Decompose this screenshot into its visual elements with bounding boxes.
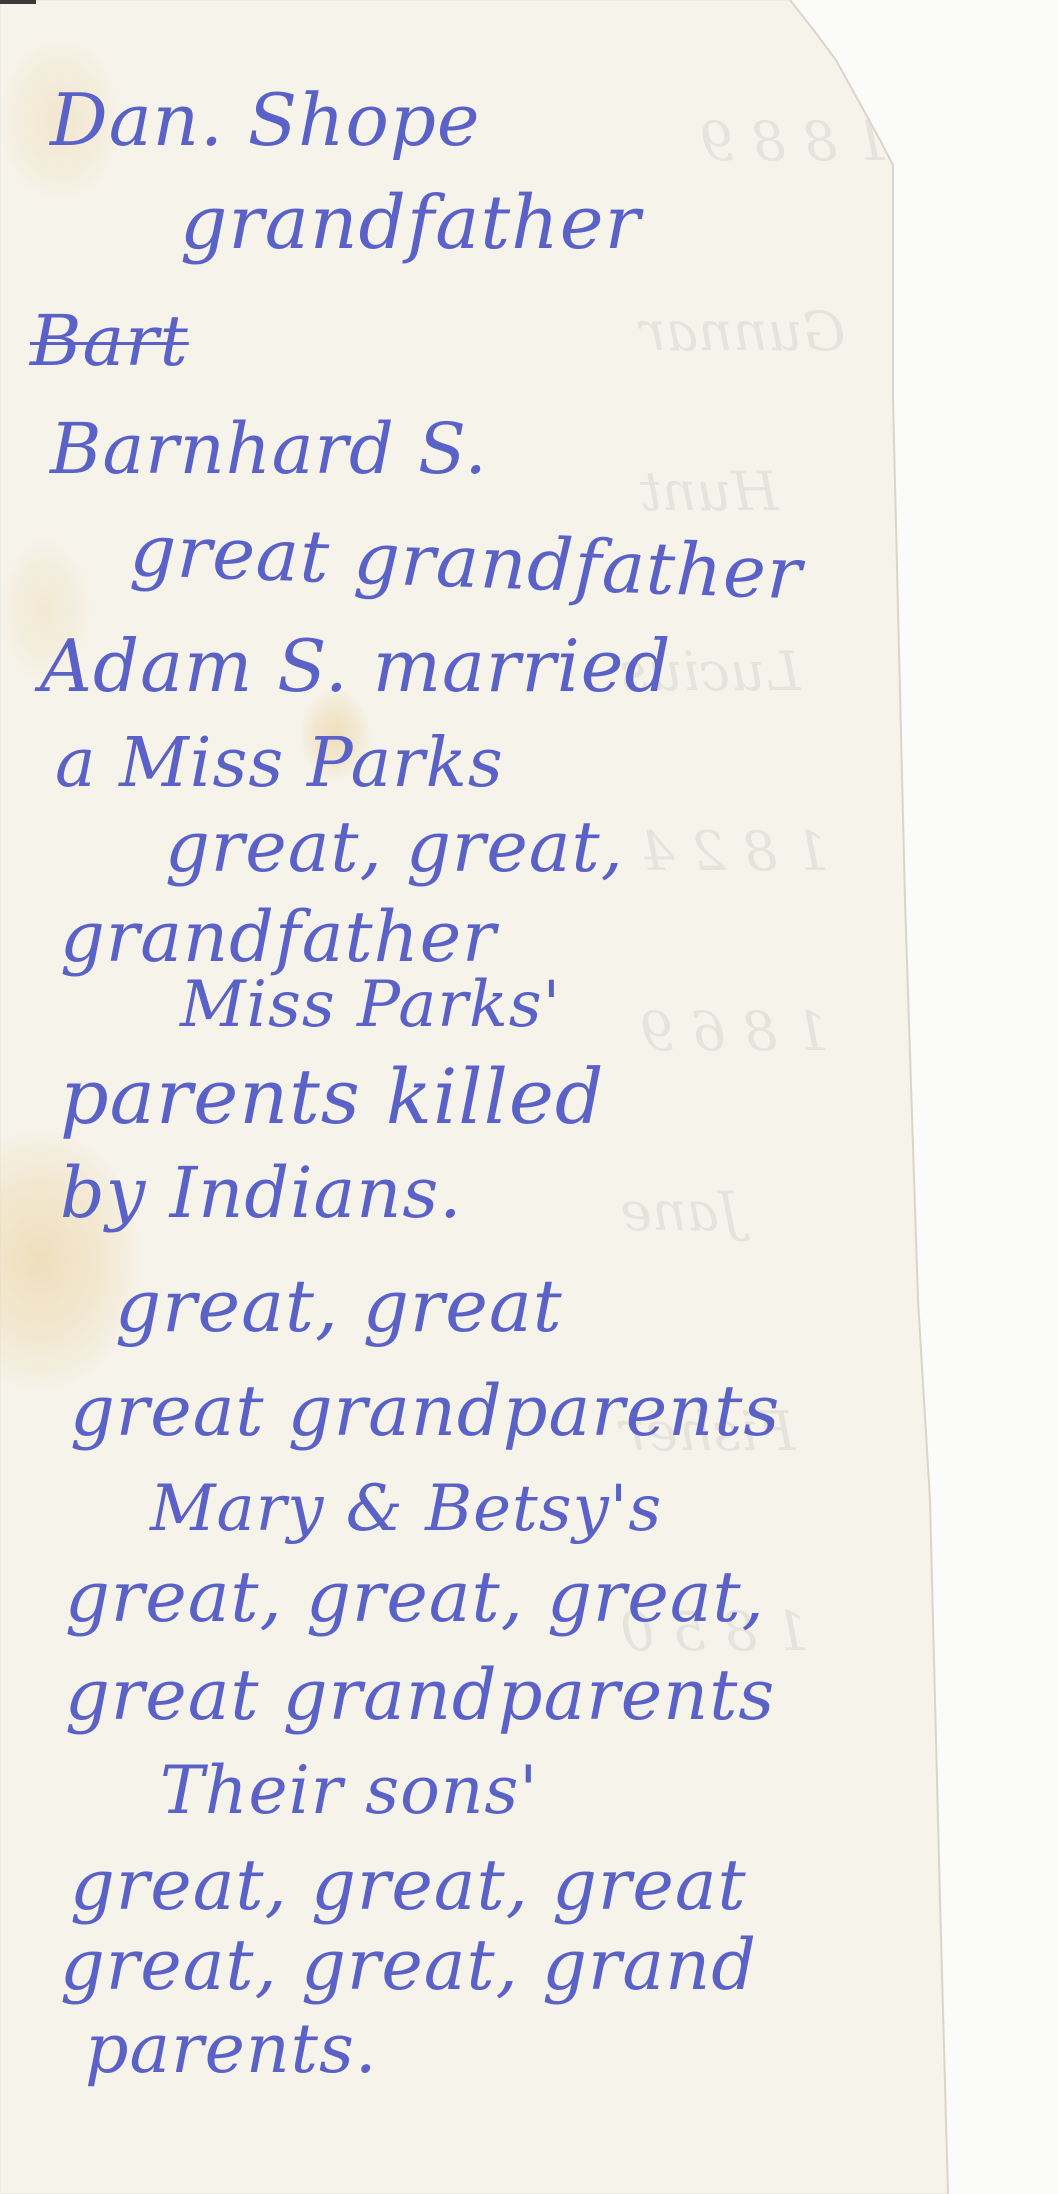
reverse-side-showthrough: Jane — [620, 1180, 741, 1243]
handwritten-line: parents. — [85, 2010, 377, 2089]
handwritten-line: a Miss Parks — [55, 724, 504, 803]
reverse-side-showthrough: Hunt — [640, 460, 778, 523]
handwritten-line: great grandfather — [129, 508, 804, 615]
handwritten-line: great, great, great — [70, 1844, 747, 1926]
handwritten-line: great, great — [115, 1264, 563, 1348]
handwritten-line: by Indians. — [60, 1152, 463, 1234]
reverse-side-showthrough: 1 8 6 9 — [640, 1000, 829, 1063]
handwritten-line: great grandparents — [65, 1654, 775, 1736]
reverse-side-showthrough: 1 8 8 9 — [700, 110, 889, 173]
handwritten-line: great grandparents — [70, 1370, 780, 1452]
handwritten-line: Miss Parks' — [180, 968, 561, 1042]
paper-sheet: 1 8 8 9 Gunnar Hunt Lucius 1 8 2 4 1 8 6… — [0, 0, 950, 2194]
handwritten-line: Barnhard S. — [50, 408, 488, 490]
handwritten-line-struck: Bart — [30, 300, 189, 382]
handwritten-line: Dan. Shope — [50, 78, 481, 162]
scan-background: 1 8 8 9 Gunnar Hunt Lucius 1 8 2 4 1 8 6… — [0, 0, 1058, 2194]
reverse-side-showthrough: Gunnar — [640, 300, 845, 363]
handwritten-line: great, great, great, — [65, 1556, 765, 1638]
handwritten-line: grandfather — [60, 896, 497, 978]
handwritten-line: great, great, — [165, 806, 624, 888]
handwritten-line: great, great, grand — [60, 1924, 757, 2006]
reverse-side-showthrough: 1 8 2 4 — [640, 820, 829, 883]
corner-mark — [0, 0, 36, 4]
handwritten-line: grandfather — [180, 180, 641, 266]
handwritten-line: Their sons' — [160, 1752, 538, 1829]
handwritten-line: Mary & Betsy's — [150, 1472, 662, 1546]
handwritten-line: parents killed — [60, 1052, 605, 1141]
handwritten-line: Adam S. married — [40, 624, 671, 708]
